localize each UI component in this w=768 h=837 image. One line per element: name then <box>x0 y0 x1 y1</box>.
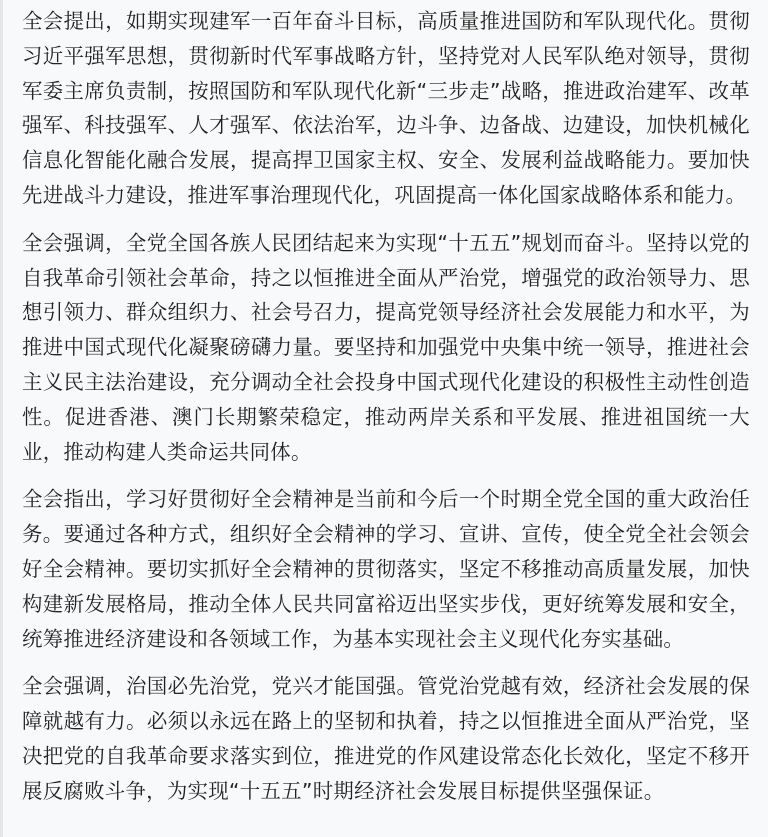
paragraph-military-modernization: 全会提出，如期实现建军一百年奋斗目标，高质量推进国防和军队现代化。贯彻习近平强军… <box>22 4 750 213</box>
paragraph-party-governance: 全会强调，治国必先治党，党兴才能国强。管党治党越有效，经济社会发展的保障就越有力… <box>22 669 750 808</box>
paragraph-unity-15th-plan: 全会强调，全党全国各族人民团结起来为实现“十五五”规划而奋斗。坚持以党的自我革命… <box>22 226 750 470</box>
article-body: 全会提出，如期实现建军一百年奋斗目标，高质量推进国防和军队现代化。贯彻习近平强军… <box>0 0 768 837</box>
paragraph-study-spirit: 全会指出，学习好贯彻好全会精神是当前和今后一个时期全党全国的重大政治任务。要通过… <box>22 482 750 656</box>
